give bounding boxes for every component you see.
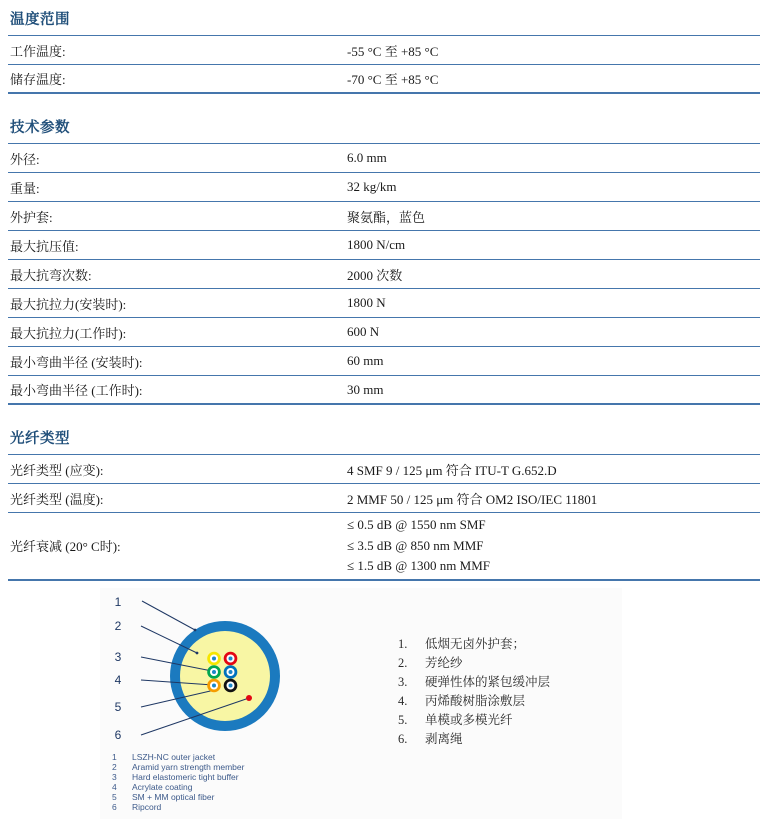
row-value: 60 mm	[347, 353, 760, 369]
row-label: 最小弯曲半径 (工作时):	[8, 380, 347, 399]
fiber-red	[224, 652, 238, 666]
legend-item: 3. 硬弹性体的紧包缓冲层	[398, 673, 550, 692]
row-value: 6.0 mm	[347, 150, 760, 166]
row-label: 光纤衰减 (20° C时):	[8, 536, 347, 555]
cable-diagram: 1 2 3 4 5 6 1 LSZH-NC outer jacket 2 Ara…	[0, 588, 776, 825]
legend-num: 2.	[398, 654, 425, 673]
legend-text: 芳纶纱	[425, 654, 463, 673]
table-row: 最大抗压值: 1800 N/cm	[8, 231, 760, 260]
legend-num: 4.	[398, 692, 425, 711]
legend-text: SM + MM optical fiber	[132, 792, 214, 802]
legend-item: 3 Hard elastomeric tight buffer	[112, 772, 244, 782]
row-label: 光纤类型 (应变):	[8, 460, 347, 479]
row-label: 重量:	[8, 178, 347, 197]
row-value: 30 mm	[347, 382, 760, 398]
row-value: 1800 N/cm	[347, 237, 760, 253]
legend-item: 4. 丙烯酸树脂涂敷层	[398, 692, 550, 711]
legend-text: 剥离绳	[425, 730, 463, 749]
legend-num: 4	[112, 782, 132, 792]
legend-english: 1 LSZH-NC outer jacket 2 Aramid yarn str…	[112, 752, 244, 812]
table-row: 重量: 32 kg/km	[8, 173, 760, 202]
row-label: 最大抗弯次数:	[8, 265, 347, 284]
fiber-blue	[224, 665, 238, 679]
legend-num: 6	[112, 802, 132, 812]
legend-num: 2	[112, 762, 132, 772]
aramid-yarn-fill	[180, 631, 270, 721]
row-value: 4 SMF 9 / 125 μm 符合 ITU-T G.652.D	[347, 460, 760, 479]
attenuation-line: ≤ 1.5 dB @ 1300 nm MMF	[347, 556, 760, 577]
row-label: 储存温度:	[8, 69, 347, 88]
legend-num: 1.	[398, 635, 425, 654]
table-row: 光纤类型 (温度): 2 MMF 50 / 125 μm 符合 OM2 ISO/…	[8, 484, 760, 513]
section-technical-parameters: 技术参数 外径: 6.0 mm 重量: 32 kg/km 外护套: 聚氨酯，蓝色…	[8, 114, 760, 405]
row-value: 1800 N	[347, 295, 760, 311]
callout-4: 4	[115, 673, 122, 687]
table-row: 工作温度: -55 °C 至 +85 °C	[8, 36, 760, 65]
legend-text: Hard elastomeric tight buffer	[132, 772, 239, 782]
legend-text: 低烟无卤外护套；	[425, 635, 525, 654]
legend-num: 3.	[398, 673, 425, 692]
table-row: 最大抗拉力(工作时): 600 N	[8, 318, 760, 347]
legend-num: 1	[112, 752, 132, 762]
attenuation-line: ≤ 0.5 dB @ 1550 nm SMF	[347, 515, 760, 536]
attenuation-line: ≤ 3.5 dB @ 850 nm MMF	[347, 536, 760, 557]
row-value: -70 °C 至 +85 °C	[347, 69, 760, 88]
table-row: 最大抗拉力(安装时): 1800 N	[8, 289, 760, 318]
row-value: 32 kg/km	[347, 179, 760, 195]
legend-text: 丙烯酸树脂涂敷层	[425, 692, 525, 711]
legend-item: 4 Acrylate coating	[112, 782, 244, 792]
table-row: 外护套: 聚氨酯，蓝色	[8, 202, 760, 231]
row-label: 外径:	[8, 149, 347, 168]
legend-item: 1. 低烟无卤外护套；	[398, 635, 550, 654]
section-fiber-type: 光纤类型 光纤类型 (应变): 4 SMF 9 / 125 μm 符合 ITU-…	[8, 425, 760, 581]
row-label: 最小弯曲半径 (安装时):	[8, 352, 347, 371]
section-title: 技术参数	[8, 114, 760, 144]
legend-item: 1 LSZH-NC outer jacket	[112, 752, 244, 762]
legend-text: Ripcord	[132, 802, 161, 812]
table-row: 储存温度: -70 °C 至 +85 °C	[8, 65, 760, 94]
legend-item: 6. 剥离绳	[398, 730, 550, 749]
row-value: 2 MMF 50 / 125 μm 符合 OM2 ISO/IEC 11801	[347, 489, 760, 508]
table-row: 最大抗弯次数: 2000 次数	[8, 260, 760, 289]
legend-item: 2 Aramid yarn strength member	[112, 762, 244, 772]
legend-chinese: 1. 低烟无卤外护套； 2. 芳纶纱 3. 硬弹性体的紧包缓冲层 4. 丙烯酸树…	[398, 635, 550, 749]
callout-3: 3	[115, 650, 122, 664]
legend-num: 6.	[398, 730, 425, 749]
legend-text: 硬弹性体的紧包缓冲层	[425, 673, 550, 692]
legend-num: 5	[112, 792, 132, 802]
table-row: 光纤衰减 (20° C时): ≤ 0.5 dB @ 1550 nm SMF ≤ …	[8, 513, 760, 581]
row-value: 600 N	[347, 324, 760, 340]
table-row: 外径: 6.0 mm	[8, 144, 760, 173]
row-label: 最大抗拉力(安装时):	[8, 294, 347, 313]
legend-item: 5 SM + MM optical fiber	[112, 792, 244, 802]
section-title: 温度范围	[8, 6, 760, 36]
leader-endpoint-dot	[196, 652, 199, 655]
row-label: 外护套:	[8, 207, 347, 226]
fiber-orange	[207, 679, 221, 693]
row-label: 光纤类型 (温度):	[8, 489, 347, 508]
cable-cross-section-drawing: 1 2 3 4 5 6	[104, 590, 304, 755]
ripcord-dot	[246, 695, 252, 701]
table-row: 最小弯曲半径 (安装时): 60 mm	[8, 347, 760, 376]
fiber-yellow	[207, 652, 221, 666]
section-temperature-range: 温度范围 工作温度: -55 °C 至 +85 °C 储存温度: -70 °C …	[8, 6, 760, 94]
legend-text: LSZH-NC outer jacket	[132, 752, 215, 762]
row-label: 最大抗拉力(工作时):	[8, 323, 347, 342]
row-value: 2000 次数	[347, 265, 760, 284]
row-value: -55 °C 至 +85 °C	[347, 41, 760, 60]
table-row: 光纤类型 (应变): 4 SMF 9 / 125 μm 符合 ITU-T G.6…	[8, 455, 760, 484]
row-value: 聚氨酯，蓝色	[347, 207, 760, 226]
table-row: 最小弯曲半径 (工作时): 30 mm	[8, 376, 760, 405]
datasheet-page: 温度范围 工作温度: -55 °C 至 +85 °C 储存温度: -70 °C …	[0, 0, 776, 825]
legend-item: 6 Ripcord	[112, 802, 244, 812]
row-value: ≤ 0.5 dB @ 1550 nm SMF ≤ 3.5 dB @ 850 nm…	[347, 515, 760, 577]
legend-text: 单模或多模光纤	[425, 711, 513, 730]
callout-numbers: 1 2 3 4 5 6	[115, 595, 122, 742]
fiber-green	[207, 665, 221, 679]
legend-item: 2. 芳纶纱	[398, 654, 550, 673]
row-label: 最大抗压值:	[8, 236, 347, 255]
leader-endpoint-dot	[194, 629, 197, 632]
callout-2: 2	[115, 619, 122, 633]
legend-text: Aramid yarn strength member	[132, 762, 244, 772]
row-label: 工作温度:	[8, 41, 347, 60]
legend-num: 3	[112, 772, 132, 782]
fiber-black	[224, 679, 238, 693]
legend-text: Acrylate coating	[132, 782, 192, 792]
callout-5: 5	[115, 700, 122, 714]
callout-1: 1	[115, 595, 122, 609]
section-title: 光纤类型	[8, 425, 760, 455]
legend-item: 5. 单模或多模光纤	[398, 711, 550, 730]
legend-num: 5.	[398, 711, 425, 730]
callout-6: 6	[115, 728, 122, 742]
